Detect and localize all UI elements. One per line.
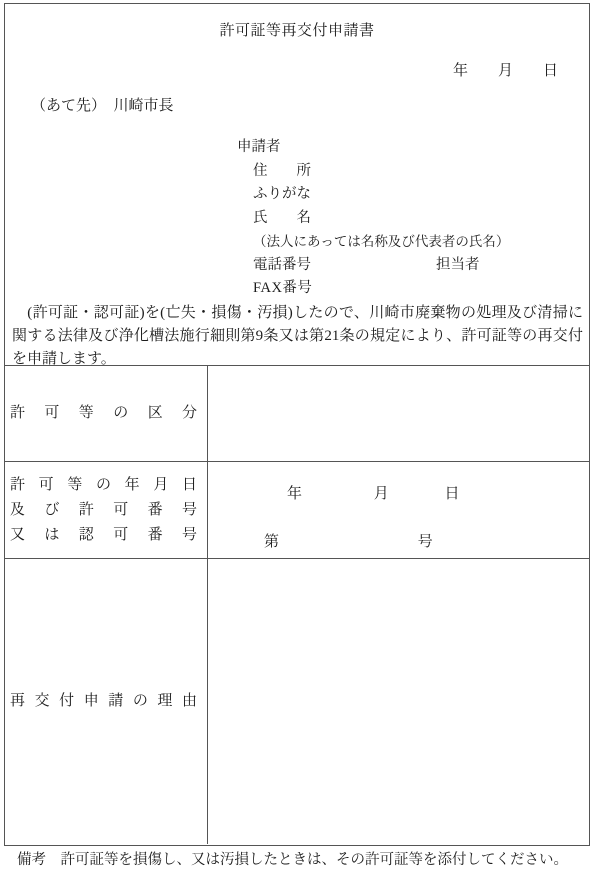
declaration-paragraph: (許可証・認可証)を(亡失・損傷・汚損)したので、川崎市廃棄物の処理及び清掃に関… [5, 302, 589, 366]
permit-number-value-cell: 年 月 日 第 号 [208, 462, 589, 558]
permit-date-entry-line: 年 月 日 [208, 482, 460, 503]
number-suffix-label: 号 [418, 530, 433, 551]
phone-line: 電話番号担当者 [253, 254, 589, 278]
permit-number-label-line1: 許 可 等 の 年 月 日 [5, 473, 207, 498]
application-form-sheet: 許可証等再交付申請書 年 月 日 （あて先） 川崎市長 申請者 住 所 ふりがな… [4, 3, 590, 846]
permit-number-label-cell: 許 可 等 の 年 月 日 及 び 許 可 番 号 又 は 認 可 番 号 [5, 462, 208, 558]
permit-category-value-cell [208, 366, 589, 461]
number-prefix-label: 第 [264, 530, 279, 551]
form-table: 許 可 等 の 区 分 許 可 等 の 年 月 日 及 び 許 可 番 号 又 … [5, 365, 589, 844]
reissue-reason-value-cell [208, 559, 589, 844]
phone-label: 電話番号 [253, 257, 311, 273]
table-row-permit-number: 許 可 等 の 年 月 日 及 び 許 可 番 号 又 は 認 可 番 号 年 … [5, 461, 589, 558]
table-row-permit-category: 許 可 等 の 区 分 [5, 365, 589, 461]
reissue-reason-label-cell: 再 交 付 申 請 の 理 由 [5, 559, 208, 844]
contact-person-label: 担当者 [436, 254, 480, 278]
name-label: 氏 名 [253, 207, 589, 231]
form-title: 許可証等再交付申請書 [5, 4, 589, 41]
year-label: 年 [287, 482, 302, 503]
permit-number-label-line3: 又 は 認 可 番 号 [5, 523, 207, 548]
reissue-reason-label: 再 交 付 申 請 の 理 由 [5, 689, 207, 714]
applicant-fields: 住 所 ふりがな 氏 名 （法人にあっては名称及び代表者の氏名） 電話番号担当者… [253, 160, 589, 301]
application-date-line: 年 月 日 [5, 61, 589, 81]
applicant-heading: 申請者 [237, 136, 589, 160]
month-label: 月 [374, 482, 389, 503]
furigana-label: ふりがな [253, 183, 589, 207]
fax-label: FAX番号 [253, 277, 589, 301]
table-row-reissue-reason: 再 交 付 申 請 の 理 由 [5, 558, 589, 844]
permit-number-entry-line: 第 号 [208, 530, 433, 551]
permit-category-label: 許 可 等 の 区 分 [5, 401, 207, 426]
applicant-block: 申請者 住 所 ふりがな 氏 名 （法人にあっては名称及び代表者の氏名） 電話番… [237, 136, 589, 301]
address-label: 住 所 [253, 160, 589, 184]
permit-number-label-line2: 及 び 許 可 番 号 [5, 498, 207, 523]
day-label: 日 [445, 482, 460, 503]
addressee-line: （あて先） 川崎市長 [5, 96, 589, 116]
remarks-note: 備考 許可証等を損傷し、又は汚損したときは、その許可証等を添付してください。 [4, 851, 590, 870]
corporate-note: （法人にあっては名称及び代表者の氏名） [253, 230, 589, 254]
permit-category-label-cell: 許 可 等 の 区 分 [5, 366, 208, 461]
form-header-section: 許可証等再交付申請書 年 月 日 （あて先） 川崎市長 申請者 住 所 ふりがな… [5, 4, 589, 365]
